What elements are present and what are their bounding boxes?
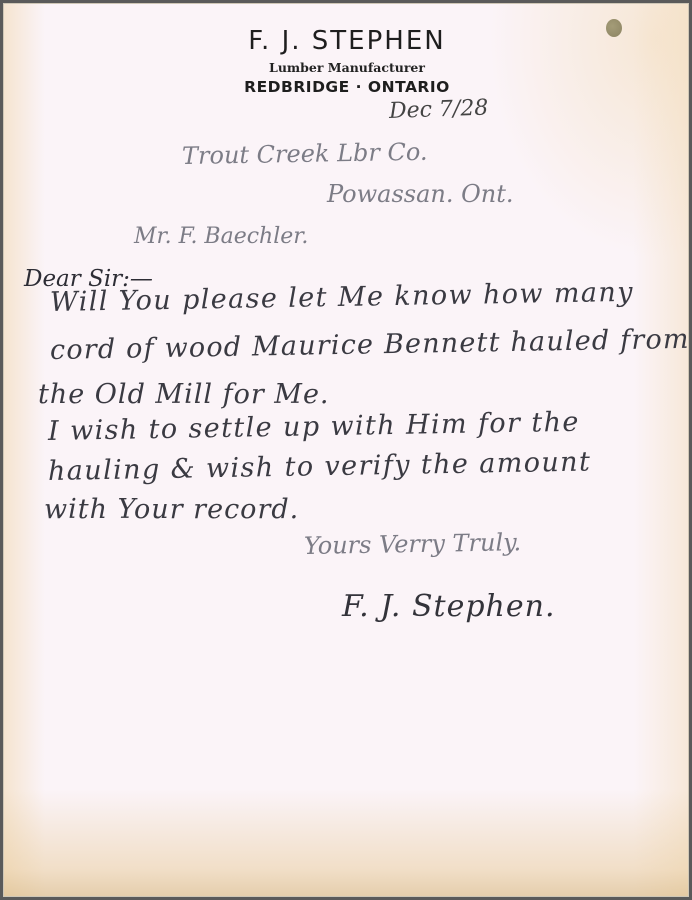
body-line: with Your record. — [44, 494, 299, 525]
signature: F. J. Stephen. — [342, 589, 555, 624]
letter-page: F. J. STEPHEN Lumber Manufacturer REDBRI… — [3, 3, 689, 897]
letter-date: Dec 7/28 — [389, 96, 489, 124]
body-line: the Old Mill for Me. — [38, 379, 330, 410]
closing: Yours Verry Truly. — [304, 528, 522, 560]
recipient-city: Powassan. Ont. — [327, 180, 514, 208]
body-line: cord of wood Maurice Bennett hauled from — [50, 324, 690, 366]
body-line: I wish to settle up with Him for the — [48, 407, 580, 447]
letterhead-name: F. J. STEPHEN — [4, 26, 690, 56]
letterhead-location: REDBRIDGE · ONTARIO — [4, 78, 690, 96]
body-line: hauling & wish to verify the amount — [48, 447, 592, 487]
recipient-company: Trout Creek Lbr Co. — [182, 138, 428, 170]
recipient-name: Mr. F. Baechler. — [134, 224, 308, 249]
letterhead-subtitle: Lumber Manufacturer — [4, 60, 690, 75]
